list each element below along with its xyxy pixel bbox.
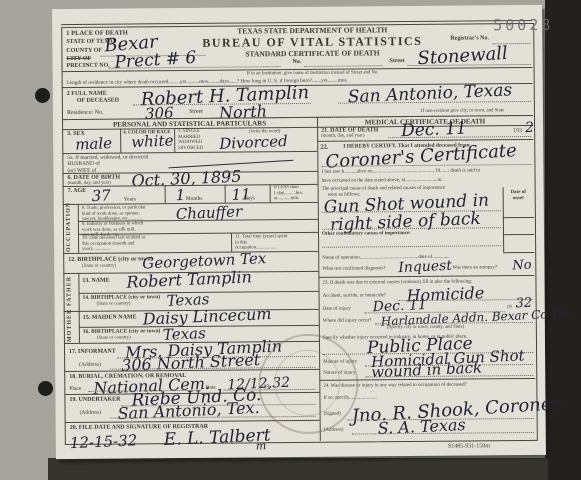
father-name-label: 13. NAME (82, 278, 109, 285)
residence-street-label: Street (189, 109, 203, 116)
undertaker-address-label: (Address) (80, 410, 102, 417)
date-of-injury-label: Date of injury (323, 307, 351, 313)
age-years-handwriting: 37 (91, 186, 111, 205)
death-year-handwriting: 2 (525, 120, 535, 136)
contributory-label: Other contributory causes of importance: (322, 231, 411, 238)
burial-place-label: Place (69, 386, 81, 393)
hole-punch-bottom (38, 381, 53, 396)
informant-address-label: (Address) (79, 362, 101, 369)
marital-label: 5. SINGLE MARRIED WIDOWED DIVORCED (178, 129, 203, 152)
sex-race-divider (120, 129, 121, 153)
file-date-handwriting: 12-15-32 (69, 431, 137, 452)
sex-value-handwriting: male (75, 134, 113, 154)
age-divider-2 (225, 185, 226, 203)
race-marital-divider (174, 128, 175, 152)
occurred-text: have occurred on the date stated above, … (322, 178, 443, 185)
fullname-label-2: OF DECEASED (77, 98, 119, 105)
mother-name-label: 15. MAIDEN NAME (83, 314, 137, 322)
hole-punch-top (35, 88, 50, 103)
scanned-death-certificate: { "header": { "place_label": "1 PLACE OF… (0, 0, 581, 480)
occupation-vertical-label: OCCUPATION (66, 204, 72, 252)
form-number: S1485-931-150m (448, 443, 490, 450)
occ-10-11-divider (231, 233, 232, 252)
residence-label: Residence: No. (67, 110, 104, 117)
scan-dark-edge-bottom (48, 458, 548, 480)
birthplace-note: (State or country) (82, 264, 116, 270)
registrar-no-label: Registrar's No. (450, 35, 489, 42)
signed-address-handwriting: S. A. Texas (377, 415, 466, 438)
test-label: What test confirmed diagnosis? (322, 266, 385, 272)
marital-value-handwriting: Divorced (219, 132, 288, 153)
certificate-sheet: 1 PLACE OF DEATH STATE OF TEXAS COUNTY O… (52, 5, 546, 459)
registrar-no-stamp: 50028 (493, 16, 553, 35)
age-label: 7. AGE (68, 188, 87, 195)
death-year-printed: 193 (513, 128, 522, 135)
where-injury-note: (Specify city or town, county, and State… (387, 325, 465, 331)
county-label: COUNTY OF (66, 48, 102, 55)
mother-birthplace-label: 16. BIRTHPLACE (city or town) (83, 328, 161, 335)
father-birthplace-note: (State or country) (97, 301, 131, 307)
autopsy-label: Was there an autopsy? (452, 265, 497, 271)
test-value-handwriting: Inquest (398, 258, 452, 276)
mother-vertical-label: MOTHER (67, 311, 73, 342)
where-injury-label: Where did injury occur? (323, 318, 372, 324)
age-less-label: If LESS than 1 day,.........hrs. or.....… (274, 185, 303, 202)
father-vertical-label: FATHER (66, 273, 72, 309)
street-label: Street (389, 58, 404, 65)
date-of-death-handwriting: Dec. 11 (401, 118, 467, 141)
age-months-label: Months (186, 196, 203, 203)
father-birthplace-label: 14. BIRTHPLACE (city or town) (83, 294, 161, 301)
informant-label: 17. INFORMANT (69, 349, 116, 356)
occupation-lastworked-label: 10. Date deceased last worked at this oc… (82, 235, 145, 253)
autopsy-value-handwriting: No (512, 258, 532, 274)
received-stamp-inner-circle (274, 350, 341, 417)
age-months-handwriting: 1 (175, 186, 185, 204)
nonresident-note: If non-resident give city, or town, and … (421, 108, 504, 114)
mother-birthplace-note: (State or country) (97, 335, 131, 341)
age-days-label: Days (244, 195, 255, 202)
undertaker-label: 19. UNDERTAKER (69, 397, 120, 405)
age-years-label: Years (124, 196, 136, 203)
age-divider-3 (270, 184, 271, 202)
race-value-handwriting: white (131, 131, 174, 151)
certify-number: 22. (320, 144, 328, 152)
registrar-signature-handwriting: E. L. Talbert (163, 425, 271, 450)
no-label: No. (292, 59, 301, 66)
title-bureau: BUREAU OF VITAL STATISTICS (187, 34, 437, 50)
date-of-death-note: (month, day, and year) (321, 133, 364, 139)
age-divider-1 (165, 185, 166, 203)
registrar-signature-extra: m (256, 439, 267, 452)
precinct-label: PRECINCT NO. (67, 63, 110, 70)
date-of-onset-label: Date of onset (503, 190, 534, 202)
